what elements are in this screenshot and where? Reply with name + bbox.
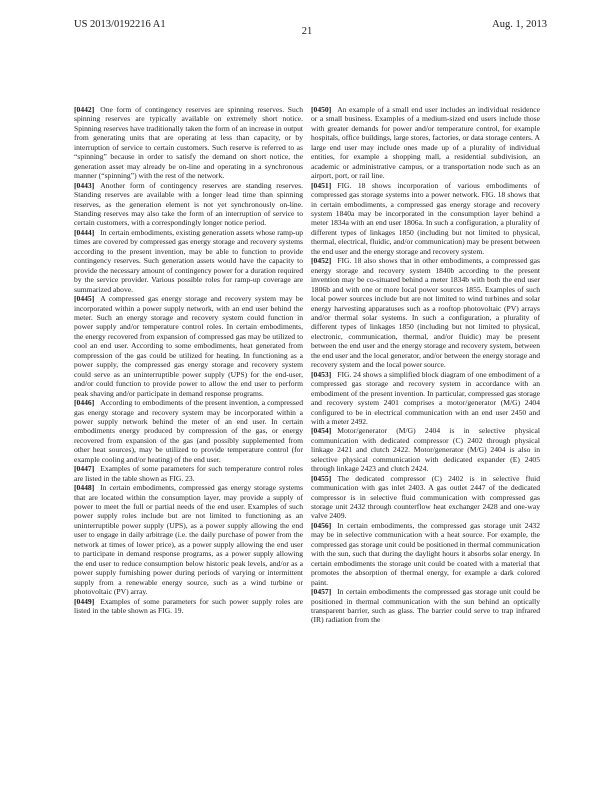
paragraph-0444: [0444]In certain embodiments, existing g… <box>74 228 303 294</box>
paragraph-0452: [0452]FIG. 18 also shows that in other e… <box>311 256 540 369</box>
paragraph-number: [0451] <box>311 181 331 190</box>
paragraph-text: FIG. 24 shows a simplified block diagram… <box>311 370 540 426</box>
paragraph-number: [0442] <box>74 105 94 114</box>
paragraph-number: [0452] <box>311 256 331 265</box>
paragraph-text: An example of a small end user includes … <box>311 105 540 180</box>
paragraph-0449: [0449]Examples of some parameters for su… <box>74 597 303 616</box>
paragraph-text: One form of contingency reserves are spi… <box>74 105 303 180</box>
paragraph-text: In certain embodiments, compressed gas e… <box>74 483 303 596</box>
paragraph-0453: [0453]FIG. 24 shows a simplified block d… <box>311 370 540 427</box>
paragraph-0446: [0446]According to embodiments of the pr… <box>74 398 303 464</box>
paragraph-text: The dedicated compressor (C) 2402 is in … <box>311 474 540 521</box>
right-column: [0450]An example of a small end user inc… <box>311 105 540 625</box>
paragraph-number: [0450] <box>311 105 331 114</box>
paragraph-text: In certain embodiments the compressed ga… <box>311 587 540 624</box>
paragraph-0443: [0443]Another form of contingency reserv… <box>74 181 303 228</box>
paragraph-0445: [0445]A compressed gas energy storage an… <box>74 294 303 398</box>
paragraph-text: In certain embodiments, existing generat… <box>74 228 303 294</box>
paragraph-number: [0454] <box>311 426 331 435</box>
paragraph-text: Motor/generator (M/G) 2404 is in selecti… <box>311 426 540 473</box>
paragraph-number: [0446] <box>74 398 94 407</box>
paragraph-text: Another form of contingency reserves are… <box>74 181 303 228</box>
paragraph-text: FIG. 18 also shows that in other embodim… <box>311 256 540 369</box>
page-number: 21 <box>0 26 614 37</box>
paragraph-text: In certain embodiments, the compressed g… <box>311 521 540 587</box>
paragraph-number: [0447] <box>74 464 94 473</box>
paragraph-number: [0448] <box>74 483 94 492</box>
paragraph-0447: [0447]Examples of some parameters for su… <box>74 464 303 483</box>
left-column: [0442]One form of contingency reserves a… <box>74 105 303 615</box>
paragraph-text: FIG. 18 shows incorporation of various e… <box>311 181 540 256</box>
paragraph-0448: [0448]In certain embodiments, compressed… <box>74 483 303 596</box>
paragraph-number: [0443] <box>74 181 94 190</box>
paragraph-text: Examples of some parameters for such pow… <box>74 597 303 615</box>
paragraph-0457: [0457]In certain embodiments the compres… <box>311 587 540 625</box>
paragraph-number: [0456] <box>311 521 331 530</box>
paragraph-0456: [0456]In certain embodiments, the compre… <box>311 521 540 587</box>
paragraph-text: A compressed gas energy storage and reco… <box>74 294 303 398</box>
paragraph-0450: [0450]An example of a small end user inc… <box>311 105 540 181</box>
paragraph-number: [0453] <box>311 370 331 379</box>
paragraph-number: [0445] <box>74 294 94 303</box>
paragraph-0455: [0455]The dedicated compressor (C) 2402 … <box>311 474 540 521</box>
paragraph-0451: [0451]FIG. 18 shows incorporation of var… <box>311 181 540 257</box>
paragraph-number: [0444] <box>74 228 94 237</box>
paragraph-number: [0457] <box>311 587 331 596</box>
paragraph-text: According to embodiments of the present … <box>74 398 303 464</box>
paragraph-0442: [0442]One form of contingency reserves a… <box>74 105 303 181</box>
paragraph-text: Examples of some parameters for such tem… <box>74 464 303 482</box>
paragraph-number: [0449] <box>74 597 94 606</box>
paragraph-0454: [0454]Motor/generator (M/G) 2404 is in s… <box>311 426 540 473</box>
paragraph-number: [0455] <box>311 474 331 483</box>
